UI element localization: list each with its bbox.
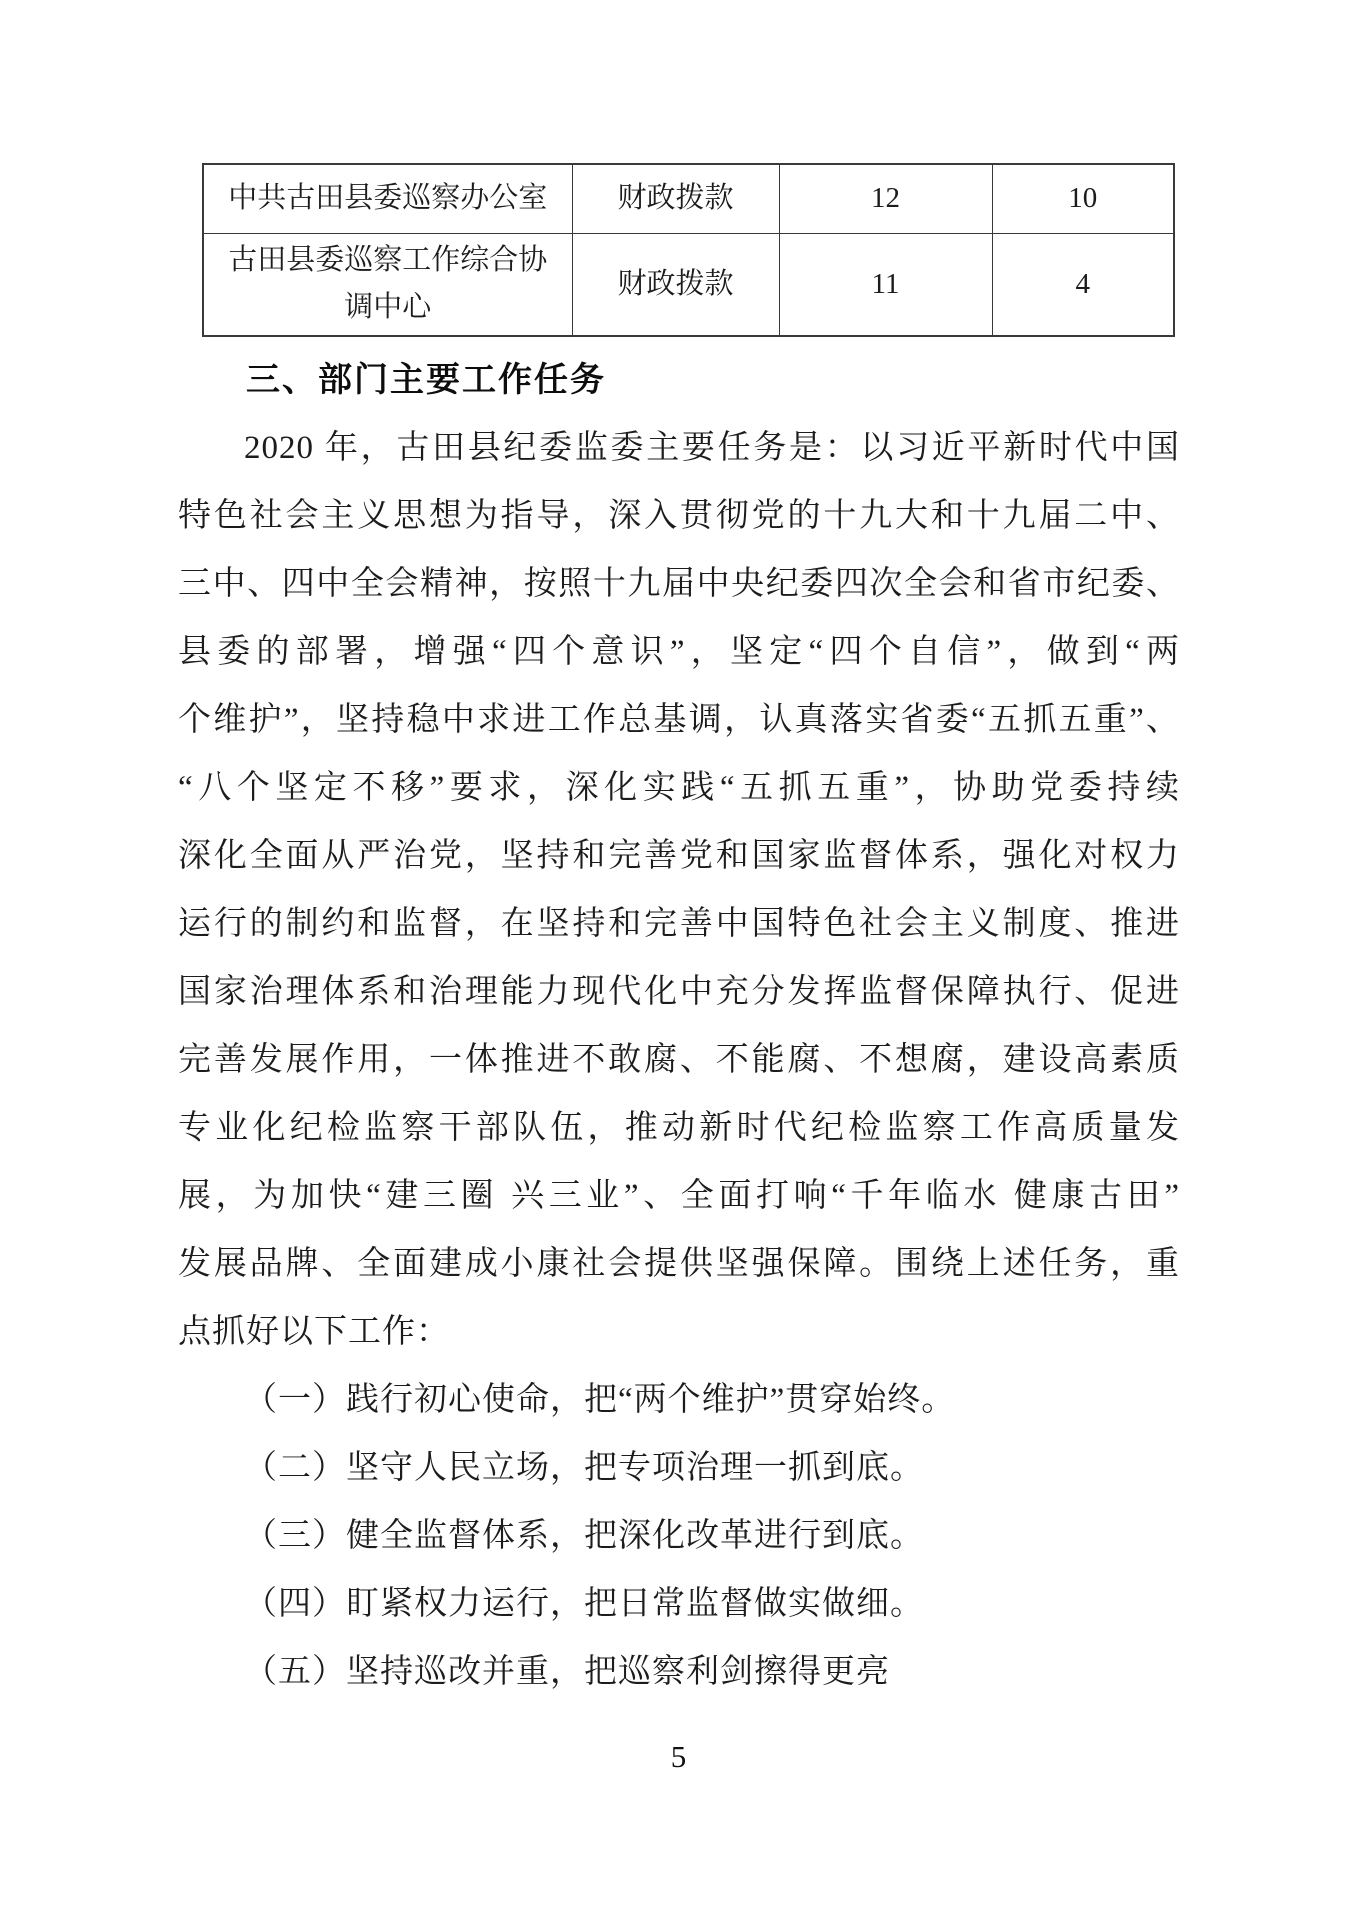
page-number: 5 bbox=[0, 1737, 1357, 1777]
task-item: （四）盯紧权力运行，把日常监督做实做细。 bbox=[178, 1570, 1180, 1638]
paragraph-line: 专业化纪检监察干部队伍，推动新时代纪检监察工作高质量发 bbox=[178, 1094, 1180, 1162]
table-row: 古田县委巡察工作综合协调中心 财政拨款 11 4 bbox=[203, 233, 1174, 336]
paragraph-line: 发展品牌、全面建成小康社会提供坚强保障。围绕上述任务，重 bbox=[178, 1230, 1180, 1298]
paragraph-line: 个维护”，坚持稳中求进工作总基调，认真落实省委“五抓五重”、 bbox=[178, 686, 1180, 754]
paragraph-line: 特色社会主义思想为指导，深入贯彻党的十九大和十九届二中、 bbox=[178, 482, 1180, 550]
actual-count-cell: 4 bbox=[992, 233, 1174, 336]
task-item: （五）坚持巡改并重，把巡察利剑擦得更亮 bbox=[178, 1638, 1180, 1706]
task-item: （二）坚守人民立场，把专项治理一抓到底。 bbox=[178, 1434, 1180, 1502]
paragraph-line: 国家治理体系和治理能力现代化中充分发挥监督保障执行、促进 bbox=[178, 958, 1180, 1026]
paragraph-line: 运行的制约和监督，在坚持和完善中国特色社会主义制度、推进 bbox=[178, 890, 1180, 958]
task-item: （三）健全监督体系，把深化改革进行到底。 bbox=[178, 1502, 1180, 1570]
table-row: 中共古田县委巡察办公室 财政拨款 12 10 bbox=[203, 164, 1174, 233]
paragraph-line: 三中、四中全会精神，按照十九届中央纪委四次全会和省市纪委、 bbox=[178, 550, 1180, 618]
task-item: （一）践行初心使命，把“两个维护”贯穿始终。 bbox=[178, 1366, 1180, 1434]
actual-count-cell: 10 bbox=[992, 164, 1174, 233]
paragraph-line: 深化全面从严治党，坚持和完善党和国家监督体系，强化对权力 bbox=[178, 822, 1180, 890]
main-paragraph: 2020 年，古田县纪委监委主要任务是：以习近平新时代中国 特色社会主义思想为指… bbox=[178, 414, 1180, 1366]
paragraph-line: 2020 年，古田县纪委监委主要任务是：以习近平新时代中国 bbox=[178, 414, 1180, 482]
task-list: （一）践行初心使命，把“两个维护”贯穿始终。 （二）坚守人民立场，把专项治理一抓… bbox=[178, 1366, 1180, 1706]
staffing-count-cell: 12 bbox=[779, 164, 992, 233]
paragraph-line: 展，为加快“建三圈 兴三业”、全面打响“千年临水 健康古田” bbox=[178, 1162, 1180, 1230]
unit-name-cell: 古田县委巡察工作综合协调中心 bbox=[203, 233, 572, 336]
staffing-count-cell: 11 bbox=[779, 233, 992, 336]
document-page: 中共古田县委巡察办公室 财政拨款 12 10 古田县委巡察工作综合协调中心 财政… bbox=[0, 0, 1357, 1920]
funding-source-cell: 财政拨款 bbox=[572, 164, 779, 233]
unit-name-cell: 中共古田县委巡察办公室 bbox=[203, 164, 572, 233]
paragraph-line: 完善发展作用，一体推进不敢腐、不能腐、不想腐，建设高素质 bbox=[178, 1026, 1180, 1094]
units-table: 中共古田县委巡察办公室 财政拨款 12 10 古田县委巡察工作综合协调中心 财政… bbox=[202, 163, 1175, 337]
paragraph-line: 县委的部署，增强“四个意识”，坚定“四个自信”，做到“两 bbox=[178, 618, 1180, 686]
paragraph-line: “八个坚定不移”要求，深化实践“五抓五重”，协助党委持续 bbox=[178, 754, 1180, 822]
funding-source-cell: 财政拨款 bbox=[572, 233, 779, 336]
paragraph-line: 点抓好以下工作： bbox=[178, 1298, 1180, 1366]
section-heading: 三、部门主要工作任务 bbox=[178, 346, 1180, 414]
